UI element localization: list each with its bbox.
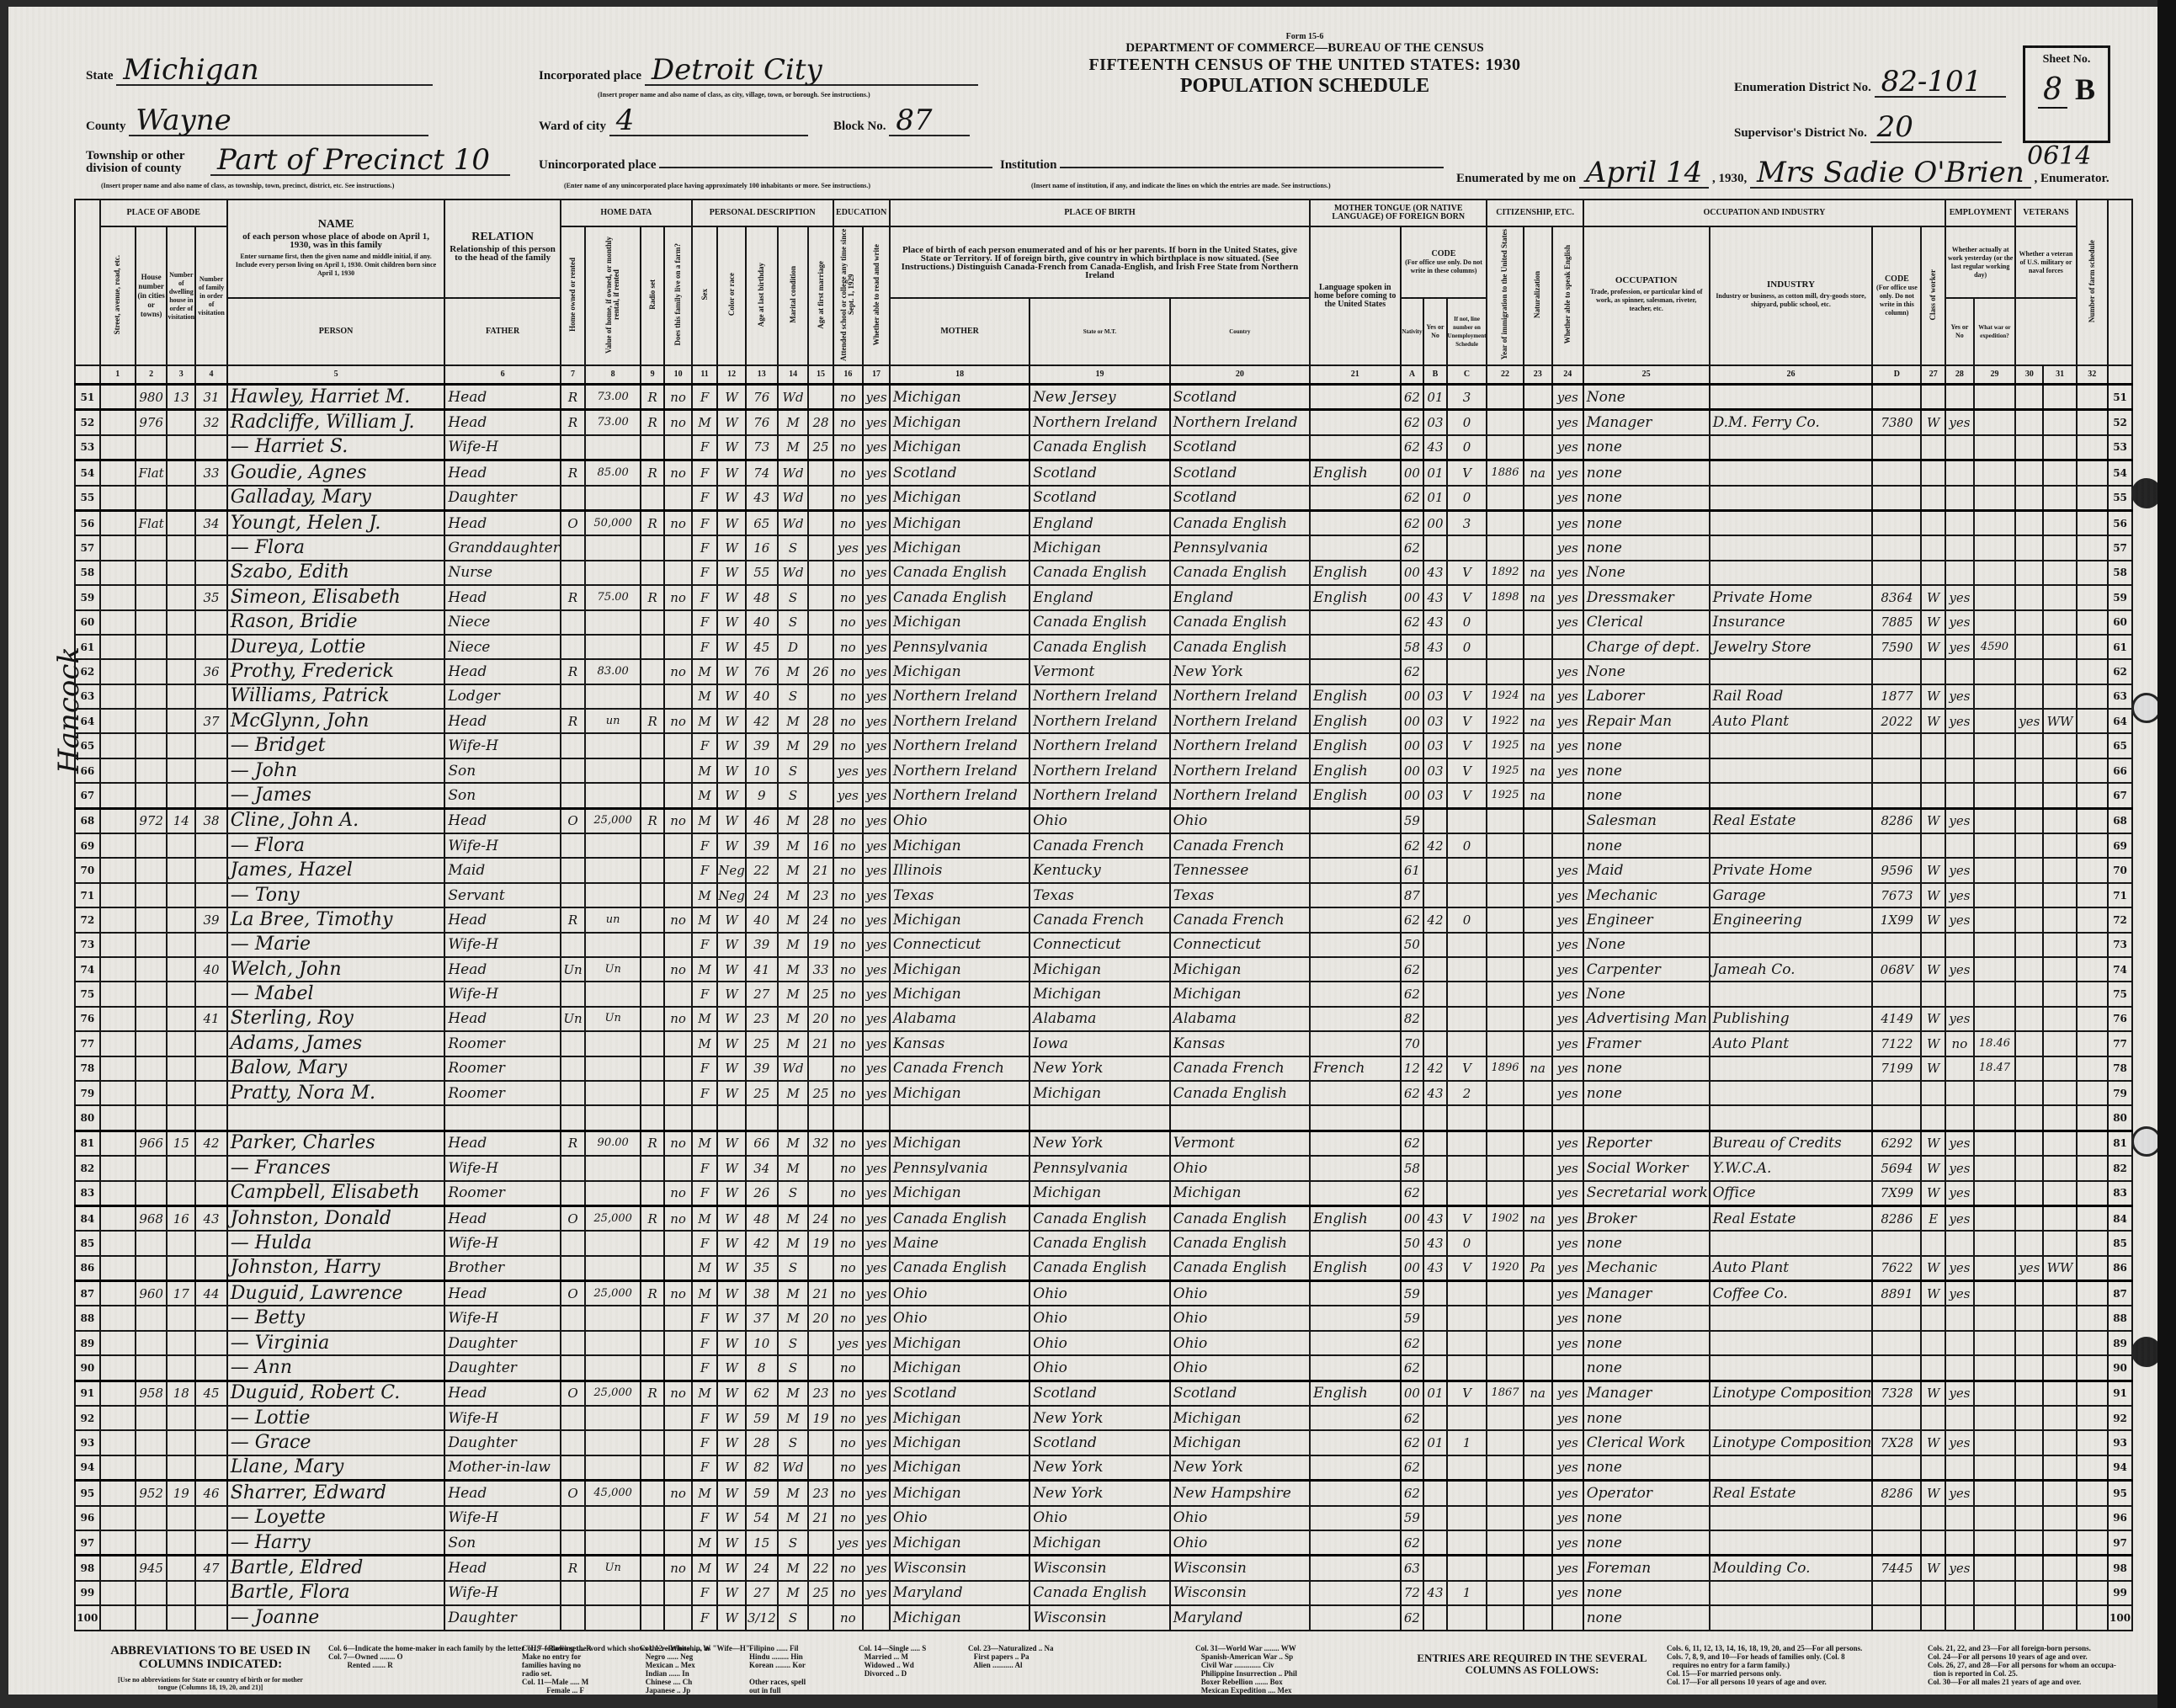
cell-marital: M: [778, 907, 809, 932]
cell-code: [1872, 435, 1921, 460]
cell-birth: Michigan: [890, 535, 1029, 560]
cell-farm: no: [664, 808, 692, 833]
cell-unemp: [1974, 758, 2015, 783]
cell-birth: Michigan: [890, 907, 1029, 932]
cell-ind: Publishing: [1710, 1007, 1873, 1031]
cell-name: — Hulda: [227, 1231, 445, 1255]
cell-war: [2043, 1031, 2076, 1056]
cell-imm: [1487, 1081, 1523, 1105]
cell-ca: 00: [1401, 733, 1424, 758]
cell-farm: [664, 435, 692, 460]
cell-sex: F: [692, 1156, 717, 1180]
cell-sex: F: [692, 1406, 717, 1430]
cell-race: W: [717, 709, 746, 733]
cell-value: [585, 486, 641, 511]
cell-mother: Scotland: [1170, 460, 1310, 486]
cell-mother: Northern Ireland: [1170, 758, 1310, 783]
cell-house: [136, 709, 167, 733]
cell-unemp: [1974, 1355, 2015, 1381]
cell-age-marr: [808, 1256, 833, 1281]
cell-cb: 03: [1423, 684, 1446, 709]
cell-marital: S: [778, 1331, 809, 1355]
table-row: 58Szabo, EdithNurseFW55WdnoyesCanada Eng…: [75, 561, 2158, 585]
cell-dwelling: [167, 486, 195, 511]
cell-work: [1945, 1455, 1974, 1481]
cell-occ: Manager: [1583, 410, 1710, 435]
cell-unemp: [1974, 561, 2015, 585]
cell-race: W: [717, 1581, 746, 1605]
cell-eng: [1552, 833, 1583, 858]
cell-age: 15: [746, 1530, 778, 1556]
cell-owned: [561, 535, 585, 560]
cell-family: [195, 933, 227, 957]
cell-owned: [561, 1355, 585, 1381]
cell-class: W: [1921, 1181, 1945, 1206]
cell-ind: Jameah Co.: [1710, 957, 1873, 982]
cell-class: [1921, 561, 1945, 585]
sd-value: 20: [1870, 113, 2002, 143]
cell-mother: Canada English: [1170, 1205, 1310, 1231]
cell-unemp: [1974, 733, 2015, 758]
cell-ca: 62: [1401, 1081, 1424, 1105]
cell-eng: yes: [1552, 1156, 1583, 1180]
line-number: 72: [75, 907, 100, 932]
cell-ind: [1710, 1231, 1873, 1255]
cell-occ: none: [1583, 1455, 1710, 1481]
cell-farm: [664, 833, 692, 858]
cell-age: 76: [746, 659, 778, 684]
cell-occ: none: [1583, 833, 1710, 858]
cell-ca: 00: [1401, 585, 1424, 609]
cell-radio: R: [641, 410, 664, 435]
cell-farmno: [2077, 957, 2108, 982]
cell-street: [100, 1581, 136, 1605]
cell-name: Llane, Mary: [227, 1455, 445, 1481]
cell-ind: [1710, 982, 1873, 1006]
cell-work: [1945, 1530, 1974, 1556]
cell-imm: 1902: [1487, 1205, 1523, 1231]
cell-cb: 03: [1423, 709, 1446, 733]
cell-eng: [1552, 783, 1583, 808]
column-number: 10: [664, 365, 692, 385]
cell-sex: F: [692, 486, 717, 511]
cell-mother: Wisconsin: [1170, 1581, 1310, 1605]
cell-father: Northern Ireland: [1029, 709, 1169, 733]
cell-ind: [1710, 758, 1873, 783]
cell-vet: [2015, 1105, 2043, 1131]
cell-school: no: [833, 486, 864, 511]
cell-age: 54: [746, 1506, 778, 1530]
cell-farm: no: [664, 659, 692, 684]
cell-unemp: [1974, 957, 2015, 982]
cell-code: 7673: [1872, 883, 1921, 907]
line-number: 87: [75, 1281, 100, 1306]
cell-ind: Private Home: [1710, 585, 1873, 609]
line-number-right: 53: [2108, 435, 2133, 460]
cell-unemp: [1974, 1556, 2015, 1581]
cell-read: yes: [863, 510, 890, 535]
table-row: 77Adams, JamesRoomerMW25M21noyesKansasIo…: [75, 1031, 2158, 1056]
cell-ind: [1710, 1355, 1873, 1381]
cell-dwelling: [167, 1530, 195, 1556]
cell-ca: 00: [1401, 460, 1424, 486]
cell-sex: M: [692, 684, 717, 709]
cell-eng: yes: [1552, 1056, 1583, 1081]
cell-unemp: 18.47: [1974, 1056, 2015, 1081]
cell-school: no: [833, 1256, 864, 1281]
column-number: 32: [2077, 365, 2108, 385]
cell-occ: none: [1583, 1406, 1710, 1430]
cell-ca: 62: [1401, 1406, 1424, 1430]
cell-relation: Roomer: [444, 1031, 561, 1056]
cell-father: Ohio: [1029, 1355, 1169, 1381]
cell-farmno: [2077, 1605, 2108, 1630]
cell-school: no: [833, 585, 864, 609]
cell-imm: [1487, 1306, 1523, 1330]
cell-dwelling: 15: [167, 1131, 195, 1156]
cell-eng: yes: [1552, 1556, 1583, 1581]
line-number: 76: [75, 1007, 100, 1031]
cell-race: W: [717, 1231, 746, 1255]
column-number: 28: [1945, 365, 1974, 385]
column-number: 6: [444, 365, 561, 385]
cell-code: 7885: [1872, 610, 1921, 635]
cell-race: W: [717, 1381, 746, 1406]
cell-farm: [664, 758, 692, 783]
cell-age-marr: [808, 1156, 833, 1180]
cell-unemp: [1974, 435, 2015, 460]
cell-marital: M: [778, 833, 809, 858]
cell-father: England: [1029, 585, 1169, 609]
cell-birth: Maine: [890, 1231, 1029, 1255]
cell-marital: M: [778, 1081, 809, 1105]
cell-street: [100, 1430, 136, 1455]
cell-age-marr: [808, 1181, 833, 1206]
cell-farm: [664, 1331, 692, 1355]
cell-birth: Michigan: [890, 1355, 1029, 1381]
cell-birth: Northern Ireland: [890, 733, 1029, 758]
cell-unemp: [1974, 808, 2015, 833]
cell-cc: V: [1447, 1381, 1487, 1406]
cell-dwelling: [167, 510, 195, 535]
cell-dwelling: [167, 1430, 195, 1455]
table-row: 90— AnnDaughterFW8SnoMichiganOhioOhio62n…: [75, 1355, 2158, 1381]
cell-farm: [664, 1430, 692, 1455]
cell-family: [195, 635, 227, 659]
cell-work: [1945, 1331, 1974, 1355]
cell-value: [585, 1181, 641, 1206]
cell-ca: 62: [1401, 1131, 1424, 1156]
cell-race: W: [717, 1306, 746, 1330]
cell-cb: [1423, 957, 1446, 982]
cell-cb: 43: [1423, 635, 1446, 659]
cell-ind: Office: [1710, 1181, 1873, 1206]
cell-war: [2043, 1355, 2076, 1381]
line-number-right: 51: [2108, 385, 2133, 410]
cell-name: Williams, Patrick: [227, 684, 445, 709]
cell-owned: [561, 1081, 585, 1105]
cell-owned: [561, 1181, 585, 1206]
cell-marital: [778, 1105, 809, 1131]
cell-class: [1921, 783, 1945, 808]
cell-house: [136, 1181, 167, 1206]
cell-birth: Michigan: [890, 659, 1029, 684]
table-row: 92— LottieWife-HFW59M19noyesMichiganNew …: [75, 1406, 2158, 1430]
cell-occ: Engineer: [1583, 907, 1710, 932]
cell-farm: [664, 1506, 692, 1530]
sheet-side: B: [2075, 72, 2095, 106]
cell-class: [1921, 1331, 1945, 1355]
cell-occ: None: [1583, 561, 1710, 585]
cell-work: [1945, 833, 1974, 858]
cell-relation: Nurse: [444, 561, 561, 585]
line-number-right: 96: [2108, 1506, 2133, 1530]
cell-code: 8364: [1872, 585, 1921, 609]
cell-read: yes: [863, 1031, 890, 1056]
table-row: 88— BettyWife-HFW37M20noyesOhioOhioOhio5…: [75, 1306, 2158, 1330]
cell-farmno: [2077, 858, 2108, 882]
cell-dwelling: [167, 1081, 195, 1105]
cell-house: [136, 1406, 167, 1430]
cell-name: — Tony: [227, 883, 445, 907]
line-number: 85: [75, 1231, 100, 1255]
cell-farm: [664, 783, 692, 808]
cell-age-marr: 28: [808, 709, 833, 733]
line-number-right: 91: [2108, 1381, 2133, 1406]
cell-work: no: [1945, 1031, 1974, 1056]
column-number: 11: [692, 365, 717, 385]
cell-birth: Scotland: [890, 1381, 1029, 1406]
cell-vet: [2015, 1481, 2043, 1506]
cell-value: 25,000: [585, 1381, 641, 1406]
cell-nat: [1524, 858, 1552, 882]
cell-code: 4149: [1872, 1007, 1921, 1031]
cell-mother: Tennessee: [1170, 858, 1310, 882]
cell-unemp: [1974, 1205, 2015, 1231]
cell-value: [585, 435, 641, 460]
cell-cc: [1447, 1131, 1487, 1156]
line-number-right: 78: [2108, 1056, 2133, 1081]
cell-ca: 72: [1401, 1581, 1424, 1605]
cell-cc: [1447, 1355, 1487, 1381]
place-of-birth-header: PLACE OF BIRTH: [890, 200, 1310, 226]
cell-war: [2043, 435, 2076, 460]
cell-cc: [1447, 659, 1487, 684]
cell-unemp: [1974, 410, 2015, 435]
cell-radio: [641, 1355, 664, 1381]
cell-sex: M: [692, 1381, 717, 1406]
cell-relation: Head: [444, 410, 561, 435]
cell-street: [100, 808, 136, 833]
cell-age-marr: [808, 510, 833, 535]
cell-work: yes: [1945, 709, 1974, 733]
cell-ind: Jewelry Store: [1710, 635, 1873, 659]
cell-nat: [1524, 1031, 1552, 1056]
cell-vet: [2015, 858, 2043, 882]
cell-sex: M: [692, 1530, 717, 1556]
cell-work: [1945, 435, 1974, 460]
cell-race: W: [717, 1481, 746, 1506]
cell-value: [585, 1306, 641, 1330]
cell-lang: [1310, 982, 1401, 1006]
line-number-right: 57: [2108, 535, 2133, 560]
cell-unemp: [1974, 1281, 2015, 1306]
cell-work: [1945, 486, 1974, 511]
cell-farmno: [2077, 610, 2108, 635]
cell-marital: M: [778, 709, 809, 733]
cell-vet: [2015, 1331, 2043, 1355]
cell-war: [2043, 460, 2076, 486]
cell-father: Northern Ireland: [1029, 410, 1169, 435]
cell-class: [1921, 1355, 1945, 1381]
cell-unemp: [1974, 1530, 2015, 1556]
cell-war: [2043, 1605, 2076, 1630]
cell-sex: F: [692, 1605, 717, 1630]
cell-occ: Mechanic: [1583, 883, 1710, 907]
line-number: 92: [75, 1406, 100, 1430]
cell-value: [585, 635, 641, 659]
cell-name: Bartle, Eldred: [227, 1556, 445, 1581]
cell-eng: yes: [1552, 460, 1583, 486]
column-number: 2: [136, 365, 167, 385]
cell-marital: M: [778, 410, 809, 435]
cell-code: [1872, 783, 1921, 808]
cell-cb: [1423, 858, 1446, 882]
cell-vet: [2015, 535, 2043, 560]
cell-race: W: [717, 808, 746, 833]
cell-race: W: [717, 1556, 746, 1581]
cell-farmno: [2077, 1007, 2108, 1031]
cell-code: 7380: [1872, 410, 1921, 435]
cell-ind: [1710, 833, 1873, 858]
line-number-right: 71: [2108, 883, 2133, 907]
cell-farmno: [2077, 535, 2108, 560]
table-row: 86Johnston, HarryBrotherMW35SnoyesCanada…: [75, 1256, 2158, 1281]
cell-street: [100, 410, 136, 435]
cell-farm: [664, 1605, 692, 1630]
cell-lang: English: [1310, 460, 1401, 486]
cell-street: [100, 1481, 136, 1506]
cell-owned: [561, 1331, 585, 1355]
state-field: State Michigan: [86, 56, 433, 86]
cell-mother: Scotland: [1170, 1381, 1310, 1406]
cell-imm: [1487, 808, 1523, 833]
cell-ca: 00: [1401, 709, 1424, 733]
cell-nat: na: [1524, 1381, 1552, 1406]
cell-read: yes: [863, 1281, 890, 1306]
cell-mother: Michigan: [1170, 957, 1310, 982]
education-header: EDUCATION: [833, 200, 890, 226]
cell-eng: yes: [1552, 982, 1583, 1006]
cell-house: [136, 535, 167, 560]
line-number-right: 81: [2108, 1131, 2133, 1156]
cell-street: [100, 385, 136, 410]
cell-relation: Head: [444, 1481, 561, 1506]
cell-school: no: [833, 1007, 864, 1031]
farm-schedule-header: Number of farm schedule: [2077, 200, 2108, 365]
cell-occ: none: [1583, 1506, 1710, 1530]
employment-header: EMPLOYMENT: [1945, 200, 2015, 226]
cell-radio: [641, 1231, 664, 1255]
cell-code: 6292: [1872, 1131, 1921, 1156]
cell-farm: no: [664, 1131, 692, 1156]
cell-race: W: [717, 1530, 746, 1556]
cell-eng: yes: [1552, 1406, 1583, 1430]
cell-value: [585, 1105, 641, 1131]
cell-eng: yes: [1552, 1256, 1583, 1281]
cell-class: [1921, 1231, 1945, 1255]
cell-eng: yes: [1552, 659, 1583, 684]
cell-birth: Pennsylvania: [890, 635, 1029, 659]
cell-farmno: [2077, 635, 2108, 659]
cell-vet: [2015, 561, 2043, 585]
cell-street: [100, 783, 136, 808]
cell-radio: [641, 933, 664, 957]
cell-class: [1921, 733, 1945, 758]
cell-school: no: [833, 610, 864, 635]
cell-dwelling: [167, 561, 195, 585]
line-number-right: 72: [2108, 907, 2133, 932]
cell-cc: [1447, 1306, 1487, 1330]
cell-street: [100, 486, 136, 511]
cell-marital: D: [778, 635, 809, 659]
cell-occ: Maid: [1583, 858, 1710, 882]
cell-lang: [1310, 1406, 1401, 1430]
cell-marital: M: [778, 1007, 809, 1031]
cell-value: [585, 684, 641, 709]
cell-father: Michigan: [1029, 1181, 1169, 1206]
cell-street: [100, 1355, 136, 1381]
cell-cb: [1423, 659, 1446, 684]
cell-eng: yes: [1552, 733, 1583, 758]
cell-street: [100, 709, 136, 733]
cell-read: yes: [863, 1455, 890, 1481]
cell-read: yes: [863, 1231, 890, 1255]
cell-war: [2043, 1181, 2076, 1206]
cell-race: Neg: [717, 858, 746, 882]
cell-house: [136, 1506, 167, 1530]
cell-age-marr: 26: [808, 659, 833, 684]
ward-value: 4: [609, 106, 808, 136]
cell-race: W: [717, 1331, 746, 1355]
cell-occ: none: [1583, 460, 1710, 486]
cell-value: Un: [585, 1556, 641, 1581]
cell-class: [1921, 1105, 1945, 1131]
cell-marital: M: [778, 1031, 809, 1056]
cell-code: 7328: [1872, 1381, 1921, 1406]
cell-father: Ohio: [1029, 1306, 1169, 1330]
cell-lang: [1310, 535, 1401, 560]
cell-sex: F: [692, 510, 717, 535]
column-number: 31: [2043, 365, 2076, 385]
cell-value: [585, 1430, 641, 1455]
cell-family: 36: [195, 659, 227, 684]
cell-age-marr: 20: [808, 1306, 833, 1330]
column-number: 15: [808, 365, 833, 385]
cell-ca: 00: [1401, 783, 1424, 808]
cell-house: 960: [136, 1281, 167, 1306]
line-number: 69: [75, 833, 100, 858]
cell-lang: [1310, 1281, 1401, 1306]
cell-age-marr: 25: [808, 982, 833, 1006]
cell-farmno: [2077, 1281, 2108, 1306]
cell-eng: yes: [1552, 486, 1583, 511]
cell-unemp: [1974, 460, 2015, 486]
table-row: 879601744Duguid, LawrenceHeadO25,000RnoM…: [75, 1281, 2158, 1306]
cell-street: [100, 1081, 136, 1105]
cell-occ: none: [1583, 1530, 1710, 1556]
cell-family: 43: [195, 1205, 227, 1231]
